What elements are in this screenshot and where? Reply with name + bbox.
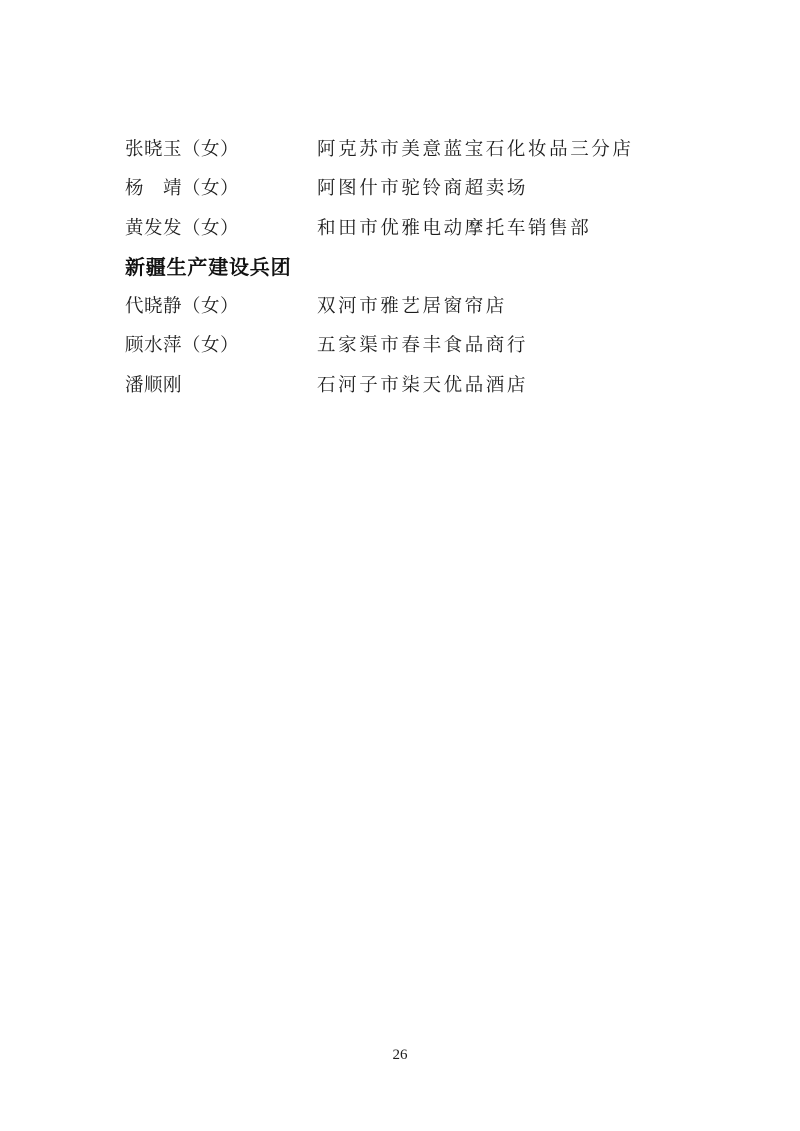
awardee-list: 张晓玉（女） 阿克苏市美意蓝宝石化妆品三分店 杨 靖（女） 阿图什市驼铃商超卖场… [125,131,685,406]
entry-name: 顾水萍（女） [125,327,317,366]
list-item: 代晓静（女） 双河市雅艺居窗帘店 [125,288,685,327]
entry-name: 杨 靖（女） [125,170,317,209]
entry-name: 黄发发（女） [125,210,317,249]
entry-organization: 和田市优雅电动摩托车销售部 [317,210,591,249]
list-item: 杨 靖（女） 阿图什市驼铃商超卖场 [125,170,685,209]
entry-organization: 石河子市柒天优品酒店 [317,367,528,406]
section-heading: 新疆生产建设兵团 [125,249,685,288]
entry-organization: 阿图什市驼铃商超卖场 [317,170,528,209]
list-item: 黄发发（女） 和田市优雅电动摩托车销售部 [125,210,685,249]
document-page: 张晓玉（女） 阿克苏市美意蓝宝石化妆品三分店 杨 靖（女） 阿图什市驼铃商超卖场… [0,0,800,1131]
list-item: 潘顺刚 石河子市柒天优品酒店 [125,367,685,406]
entry-organization: 阿克苏市美意蓝宝石化妆品三分店 [317,131,634,170]
page-number: 26 [0,1046,800,1065]
entry-name: 潘顺刚 [125,367,317,406]
list-item: 张晓玉（女） 阿克苏市美意蓝宝石化妆品三分店 [125,131,685,170]
list-item: 顾水萍（女） 五家渠市春丰食品商行 [125,327,685,366]
entry-organization: 双河市雅艺居窗帘店 [317,288,507,327]
entry-organization: 五家渠市春丰食品商行 [317,327,528,366]
entry-name: 代晓静（女） [125,288,317,327]
entry-name: 张晓玉（女） [125,131,317,170]
